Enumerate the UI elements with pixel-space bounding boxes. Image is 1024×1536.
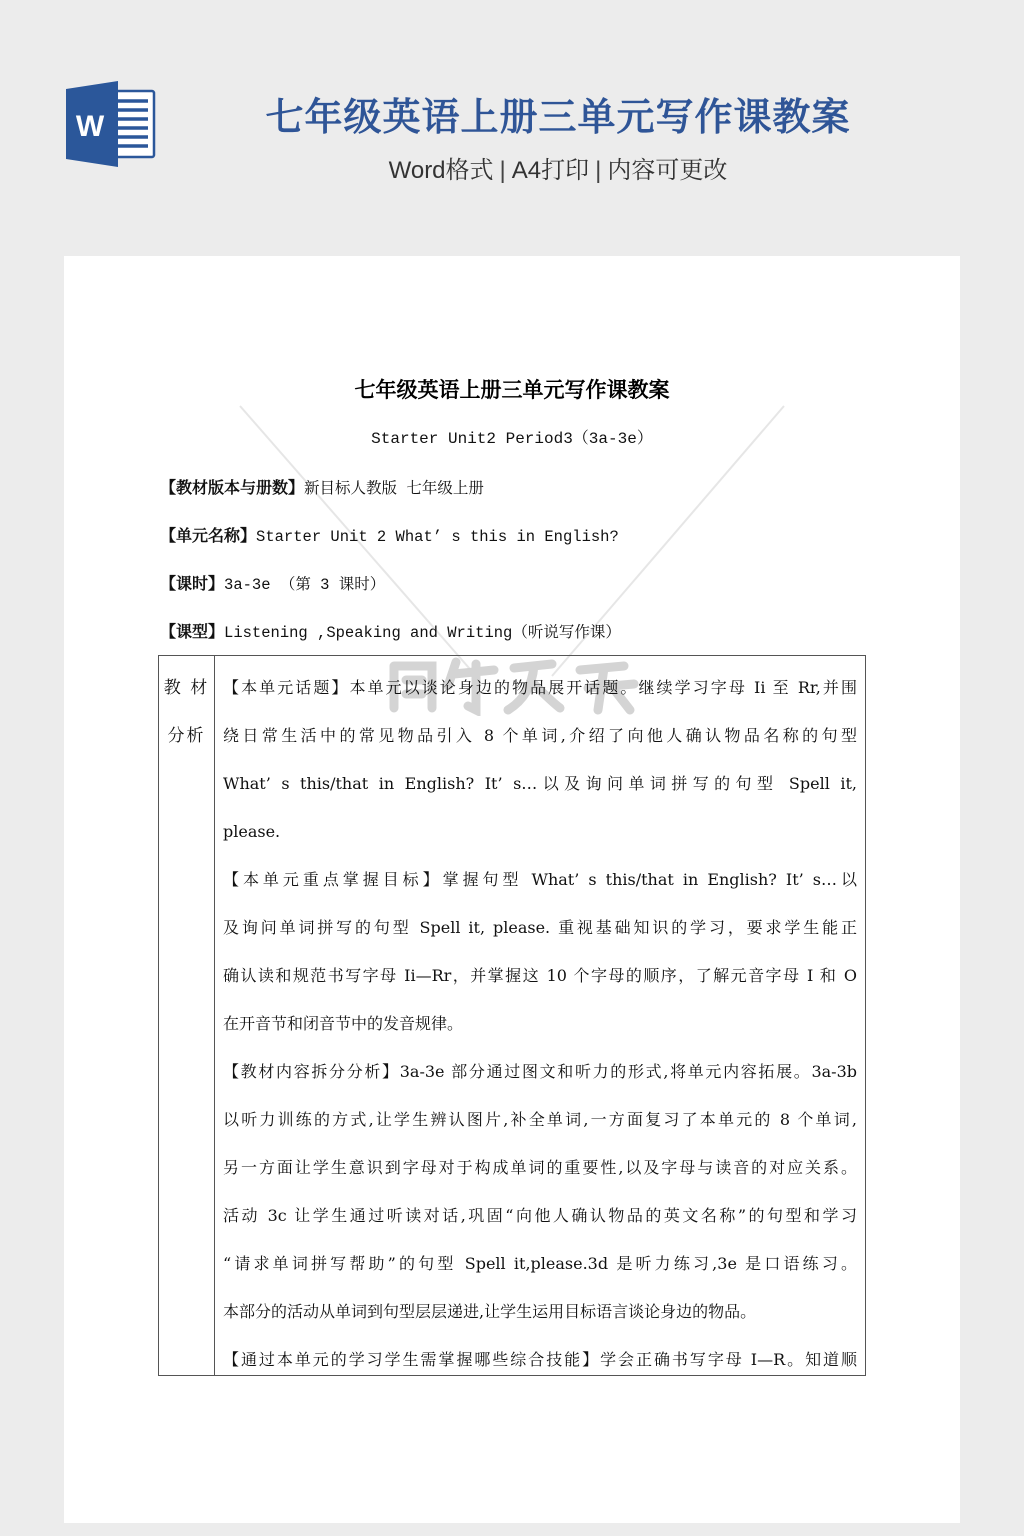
word-logo-icon: W (66, 81, 156, 167)
content-line: 绕日常生活中的常见物品引入 8 个单词,介绍了向他人确认物品名称的句型 (223, 712, 857, 760)
banner-subtitle: Word格式|A4打印|内容可更改 (200, 154, 916, 188)
meta-value: 新目标人教版 七年级上册 (304, 480, 484, 498)
content-line: “请求单词拼写帮助”的句型 Spell it,please.3d 是听力练习,3… (223, 1240, 857, 1288)
meta-label: 【课时】 (160, 574, 224, 593)
document-title: 七年级英语上册三单元写作课教案 (64, 374, 960, 406)
separator: | (589, 157, 607, 184)
editable-tag: 内容可更改 (607, 157, 727, 184)
table-label-cell: 教 材 分析 (159, 656, 215, 1375)
document-subtitle: Starter Unit2 Period3（3a-3e） (64, 428, 960, 450)
content-line: 在开音节和闭音节中的发音规律。 (223, 1000, 857, 1048)
meta-value: Starter Unit 2 What’ s this in English? (256, 528, 619, 546)
print-tag: A4打印 (512, 157, 589, 184)
document-page: 七年级英语上册三单元写作课教案 Starter Unit2 Period3（3a… (64, 256, 960, 1523)
table-content-cell: 【本单元话题】本单元以谈论身边的物品展开话题。继续学习字母 Ii 至 Rr,并围… (215, 656, 865, 1375)
meta-lesson-type: 【课型】Listening ,Speaking and Writing（听说写作… (160, 621, 880, 644)
meta-value: 3a-3e （第 3 课时） (224, 576, 385, 594)
content-line: 以听力训练的方式,让学生辨认图片,补全单词,一方面复习了本单元的 8 个单词, (223, 1096, 857, 1144)
table-label-line: 教 材 (159, 664, 214, 712)
banner-title: 七年级英语上册三单元写作课教案 (200, 92, 916, 142)
svg-text:W: W (76, 110, 105, 143)
table-label-line: 分析 (159, 712, 214, 760)
meta-unit-name: 【单元名称】Starter Unit 2 What’ s this in Eng… (160, 525, 880, 548)
meta-lesson-period: 【课时】3a-3e （第 3 课时） (160, 573, 880, 596)
content-line: 【教材内容拆分分析】3a-3e 部分通过图文和听力的形式,将单元内容拓展。3a-… (223, 1048, 857, 1096)
meta-label: 【单元名称】 (160, 526, 256, 545)
textbook-analysis-table: 教 材 分析 【本单元话题】本单元以谈论身边的物品展开话题。继续学习字母 Ii … (158, 655, 866, 1376)
content-line: 及询问单词拼写的句型 Spell it, please. 重视基础知识的学习，要… (223, 904, 857, 952)
content-line: 【本单元话题】本单元以谈论身边的物品展开话题。继续学习字母 Ii 至 Rr,并围 (223, 664, 857, 712)
meta-label: 【教材版本与册数】 (160, 478, 304, 497)
meta-value: Listening ,Speaking and Writing（听说写作课） (224, 624, 621, 642)
format-tag: Word格式 (389, 157, 494, 184)
meta-label: 【课型】 (160, 622, 224, 641)
meta-textbook-edition: 【教材版本与册数】新目标人教版 七年级上册 (160, 477, 880, 500)
content-line: What’ s this/that in English? It’ s…以及询问… (223, 760, 857, 808)
content-line: 【本单元重点掌握目标】掌握句型 What’ s this/that in Eng… (223, 856, 857, 904)
content-line: 活动 3c 让学生通过听读对话,巩固“向他人确认物品的英文名称”的句型和学习 (223, 1192, 857, 1240)
content-line: 另一方面让学生意识到字母对于构成单词的重要性,以及字母与读音的对应关系。 (223, 1144, 857, 1192)
content-line: please. (223, 808, 857, 856)
word-document-icon: W (66, 81, 156, 167)
content-line: 【通过本单元的学习学生需掌握哪些综合技能】学会正确书写字母 I—R。知道顺 (223, 1336, 857, 1375)
content-line: 确认读和规范书写字母 Ii—Rr，并掌握这 10 个字母的顺序，了解元音字母 I… (223, 952, 857, 1000)
content-line: 本部分的活动从单词到句型层层递进,让学生运用目标语言谈论身边的物品。 (223, 1288, 857, 1336)
separator: | (494, 157, 512, 184)
